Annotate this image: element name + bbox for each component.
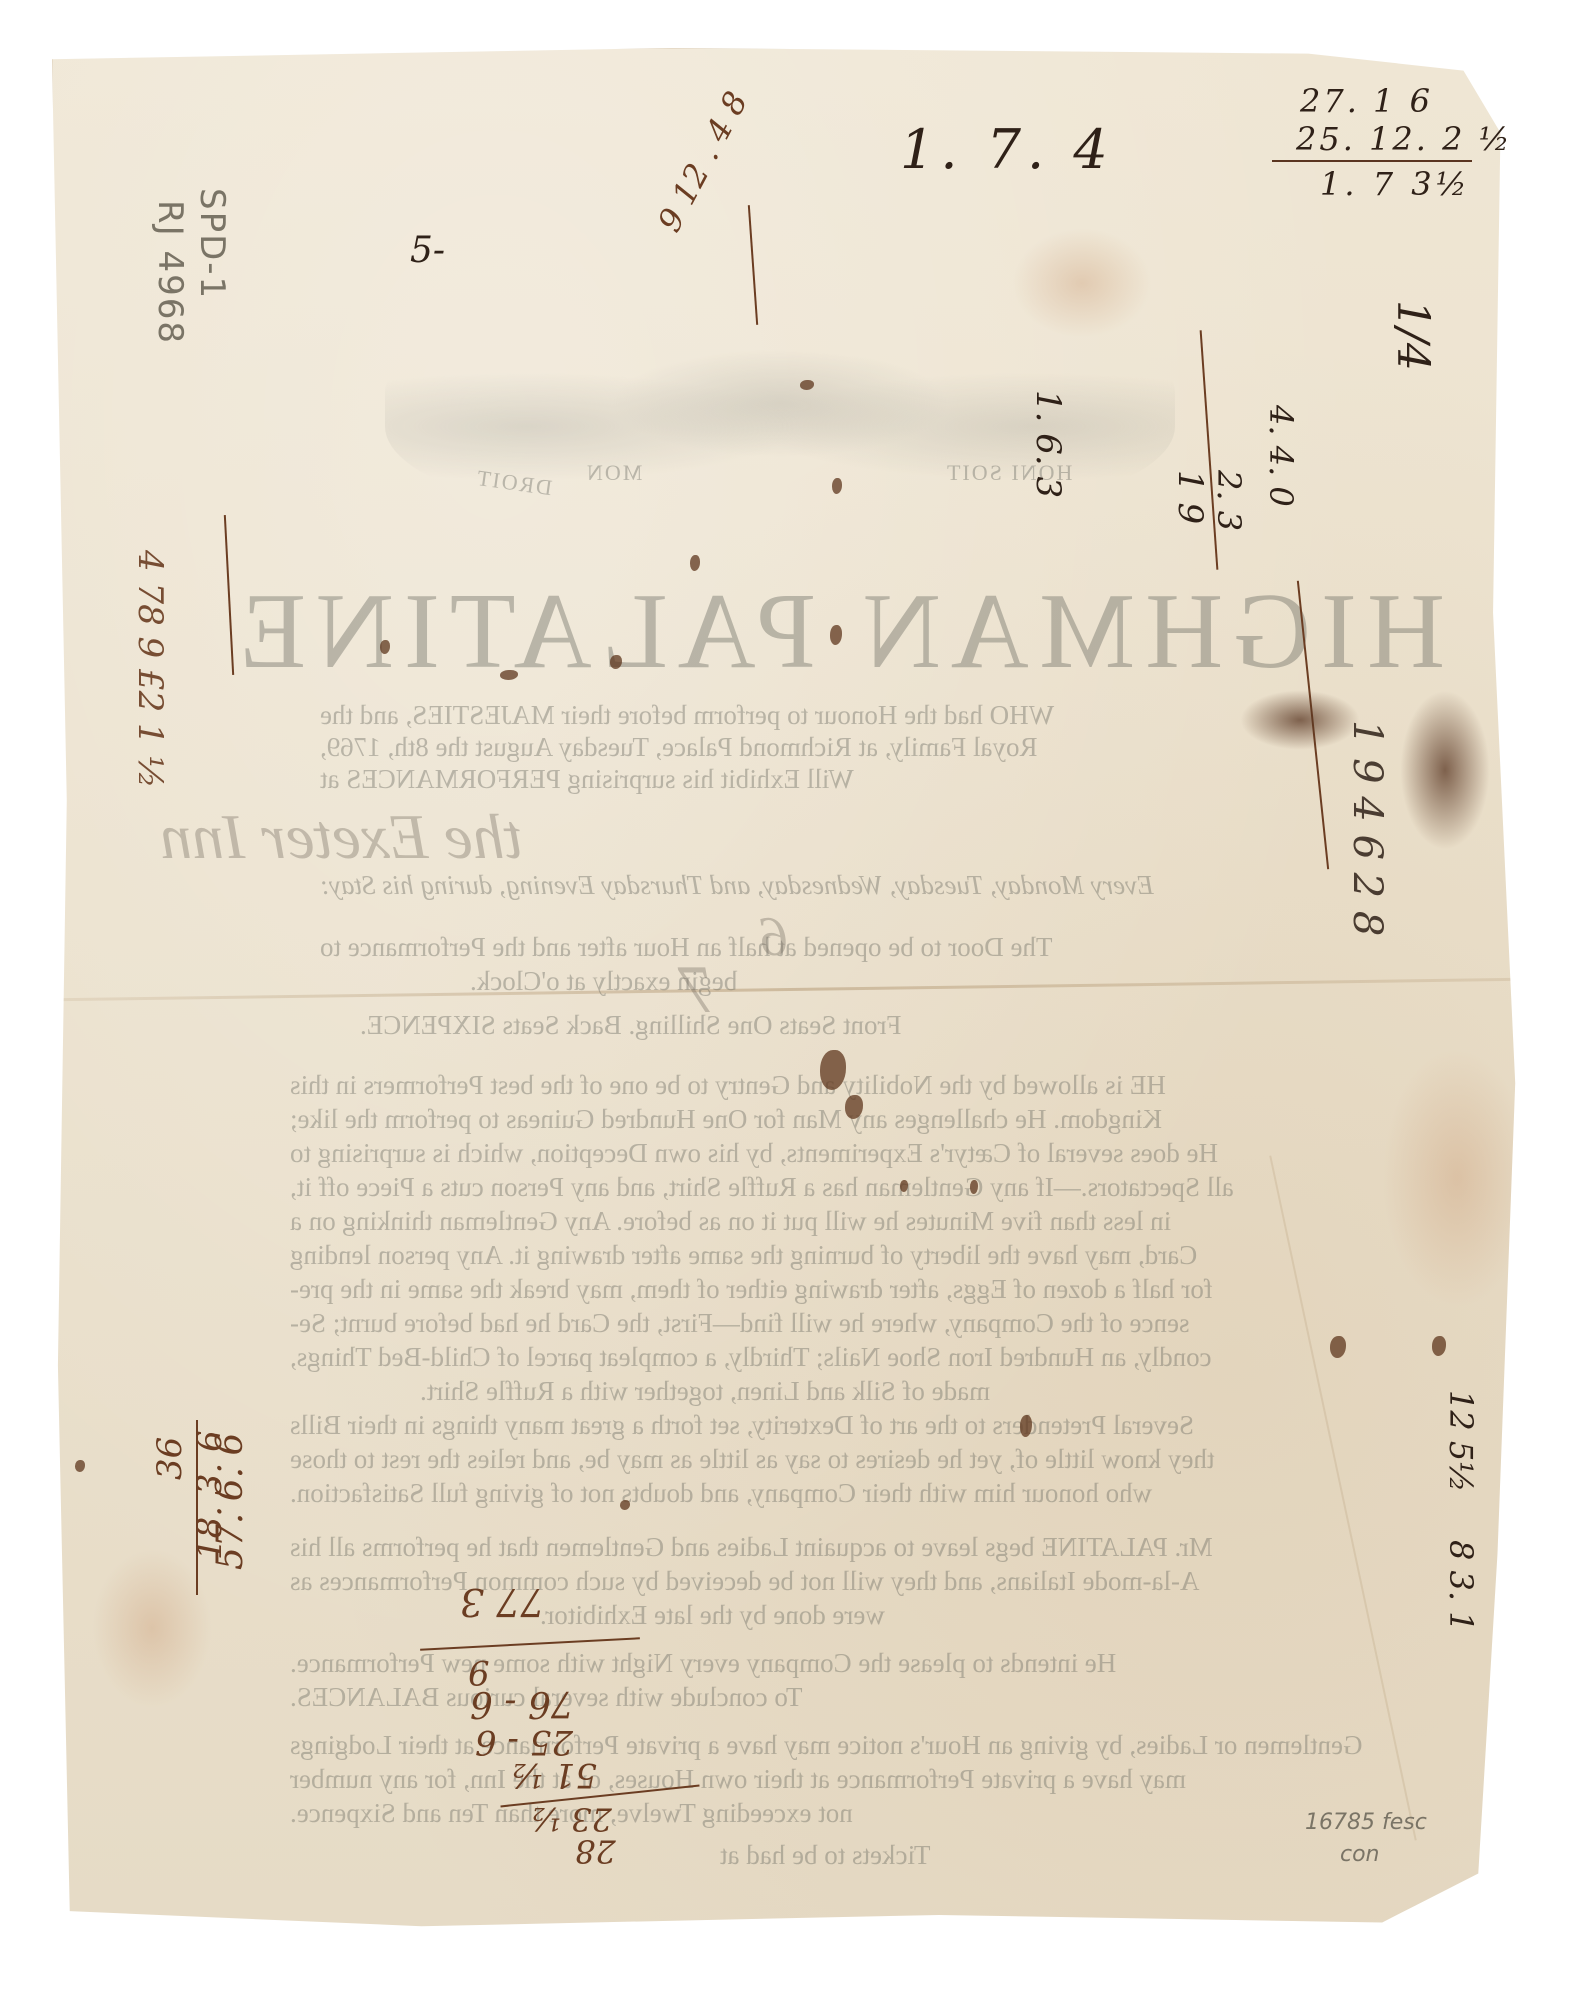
foxing-stain bbox=[1382, 1048, 1532, 1308]
schedule-line: Every Monday, Tuesday, Wednesday, and Th… bbox=[320, 870, 1154, 901]
sum-rule bbox=[196, 1420, 198, 1595]
right-column-figures-4: 2. 3 bbox=[1210, 470, 1248, 531]
right-column-figures-2: 1 9 bbox=[1170, 470, 1210, 524]
left-sum-line1: 36 bbox=[150, 1437, 190, 1480]
ink-smudge bbox=[1240, 690, 1360, 750]
bottom-calc-line1: 77 3 bbox=[460, 1580, 545, 1624]
body-line: were done by the late Exhibitor. bbox=[540, 1600, 885, 1631]
bottom-calc-line3: 76 - 6 bbox=[470, 1683, 574, 1724]
doors-hour-handwritten: 6 bbox=[760, 905, 788, 969]
bottom-calc-line7: 28 bbox=[575, 1832, 616, 1870]
archive-reference-1: SPD-1 bbox=[192, 188, 232, 300]
body-line: for half a dozen of Eggs, after drawing … bbox=[290, 1274, 1213, 1305]
body-line: Kingdom. He challenges any Man for One H… bbox=[290, 1104, 1162, 1135]
pencil-inventory-number: 16785 fesc bbox=[1305, 1810, 1427, 1835]
body-line: in less than five Minutes he will put it… bbox=[290, 1206, 1171, 1237]
handwritten-total-top: 1. 7. 4 bbox=[900, 118, 1114, 181]
body-line: they know little of, yet he desires to s… bbox=[290, 1444, 1215, 1475]
top-right-sum-line1: 27. 1 6 bbox=[1300, 82, 1433, 120]
body-line: Card, may have the liberty of burning th… bbox=[290, 1240, 1197, 1271]
body-line: all Spectators.—If any Gentleman has a R… bbox=[290, 1172, 1234, 1203]
body-line: He does several of Cætyr's Experiments, … bbox=[290, 1138, 1218, 1169]
left-sum-total: 57. 6. 6 bbox=[210, 1433, 251, 1570]
body-line: sence of the Company, where he will find… bbox=[290, 1308, 1190, 1339]
body-line: Gentlemen or Ladies, by giving an Hour's… bbox=[290, 1730, 1363, 1761]
foxing-stain bbox=[92, 1548, 212, 1708]
archive-reference-2: RJ 4968 bbox=[150, 200, 190, 345]
right-column-figures-1: 1. 6. 3 bbox=[1028, 390, 1068, 498]
top-right-sum-line2: 25. 12. 2 ½ bbox=[1296, 120, 1513, 158]
body-line: may have a private Performance at their … bbox=[290, 1764, 1186, 1795]
pencil-inventory-suffix: con bbox=[1340, 1842, 1380, 1867]
body-line: condly, an Hundred Iron Shoe Nails; Thir… bbox=[290, 1342, 1212, 1373]
body-line: He intends to please the Company every N… bbox=[290, 1648, 1116, 1679]
horizontal-fold-crease bbox=[52, 978, 1530, 1002]
right-edge-fraction: 1/4 bbox=[1387, 300, 1438, 371]
intro-line: Royal Family, at Richmond Palace, Tuesda… bbox=[320, 732, 1037, 763]
right-lower-figures-1: 12 5½ bbox=[1442, 1390, 1480, 1492]
venue-handwritten: the Exeter Inn bbox=[160, 800, 523, 874]
crest-motto-left: DROIT bbox=[474, 465, 554, 501]
body-line: Tickets to be had at bbox=[720, 1840, 930, 1871]
body-line: who honour him with their Company, and d… bbox=[290, 1478, 1152, 1509]
smudged-figures: 1 9 4 6 2 8 bbox=[1344, 720, 1390, 936]
intro-line: Will Exhibit his surprising PERFORMANCES… bbox=[320, 764, 854, 795]
handwritten-mark: 5- bbox=[410, 230, 445, 271]
body-line: A-la-mode Italians, and they will not be… bbox=[290, 1566, 1199, 1597]
prices-line: Front Seats One Shilling. Back Seats SIX… bbox=[360, 1010, 902, 1041]
ink-smudge bbox=[1400, 690, 1490, 850]
body-line: made of Silk and Linen, together with a … bbox=[420, 1376, 990, 1407]
right-lower-figures-2: 8 3. 1 bbox=[1442, 1540, 1480, 1632]
top-right-sum-total: 1. 7 3½ bbox=[1320, 165, 1471, 203]
intro-line: WHO had the Honour to perform before the… bbox=[320, 700, 1054, 731]
sum-rule bbox=[1272, 160, 1472, 162]
body-line: Several Pretenders to the art of Dexteri… bbox=[290, 1410, 1194, 1441]
body-line: Mr. PALATINE begs leave to acquaint Ladi… bbox=[290, 1532, 1213, 1563]
bottom-calc-line5: 51 ½ bbox=[510, 1755, 597, 1795]
left-margin-figures: 4 78 9 £2 1 ½ bbox=[130, 550, 170, 788]
body-line: HE is allowed by the Nobility and Gentry… bbox=[290, 1070, 1166, 1101]
right-column-figures-3: 4. 4. 0 bbox=[1262, 405, 1300, 507]
crest-motto-mid: MON bbox=[585, 460, 642, 486]
